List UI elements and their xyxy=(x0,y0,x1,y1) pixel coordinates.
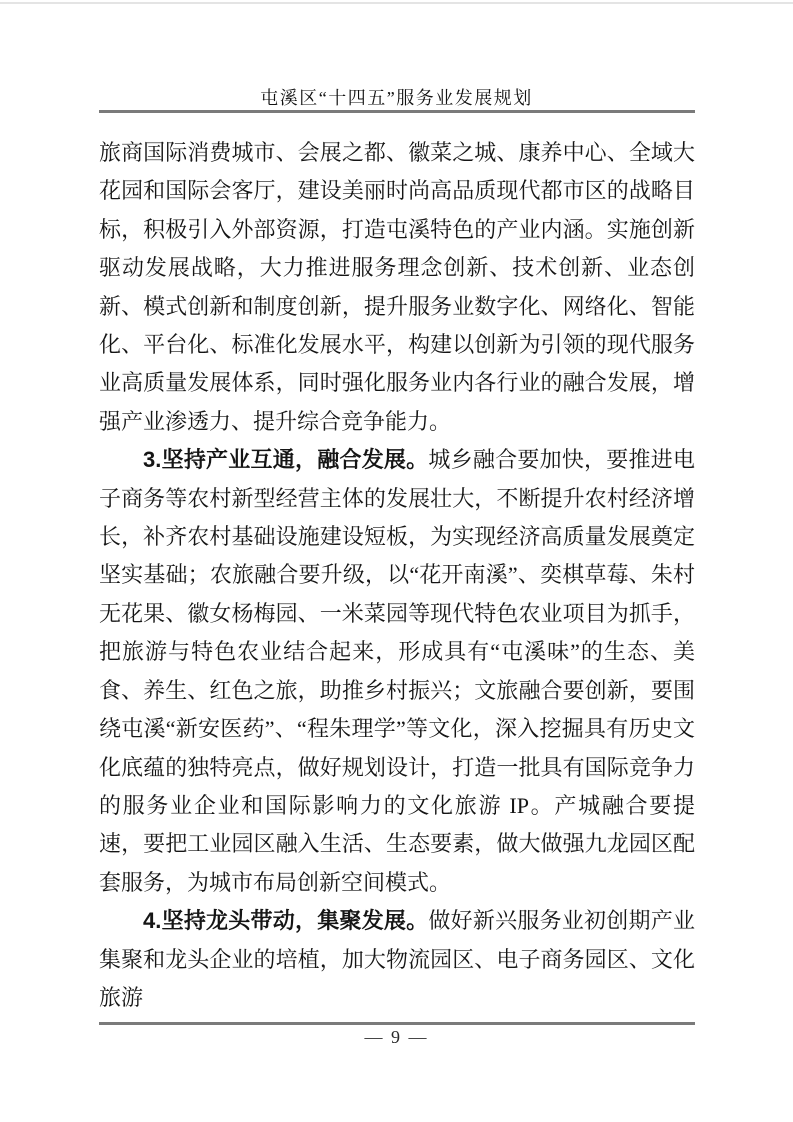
document-body: 旅商国际消费城市、会展之都、徽菜之城、康养中心、全域大花园和国际会客厅，建设美丽… xyxy=(99,134,695,1017)
page-top-edge xyxy=(0,2,793,4)
footer-rule xyxy=(99,1022,695,1025)
paragraph-heading-run: 3.坚持产业互通，融合发展。 xyxy=(143,447,428,472)
paragraph-heading-run: 4.坚持龙头带动，集聚发展。 xyxy=(143,908,428,933)
header-rule xyxy=(99,110,695,113)
document-page: 屯溪区“十四五”服务业发展规划 旅商国际消费城市、会展之都、徽菜之城、康养中心、… xyxy=(0,0,793,1122)
header-title: 屯溪区“十四五”服务业发展规划 xyxy=(0,84,793,110)
paragraph-text-run: 旅商国际消费城市、会展之都、徽菜之城、康养中心、全域大花园和国际会客厅，建设美丽… xyxy=(99,140,695,434)
paragraph: 旅商国际消费城市、会展之都、徽菜之城、康养中心、全域大花园和国际会客厅，建设美丽… xyxy=(99,134,695,441)
paragraph-text-run: 城乡融合要加快，要推进电子商务等农村新型经营主体的发展壮大，不断提升农村经济增长… xyxy=(99,447,695,894)
paragraph: 4.坚持龙头带动，集聚发展。做好新兴服务业初创期产业集聚和龙头企业的培植，加大物… xyxy=(99,902,695,1017)
paragraph: 3.坚持产业互通，融合发展。城乡融合要加快，要推进电子商务等农村新型经营主体的发… xyxy=(99,441,695,902)
page-number: — 9 — xyxy=(0,1027,793,1048)
